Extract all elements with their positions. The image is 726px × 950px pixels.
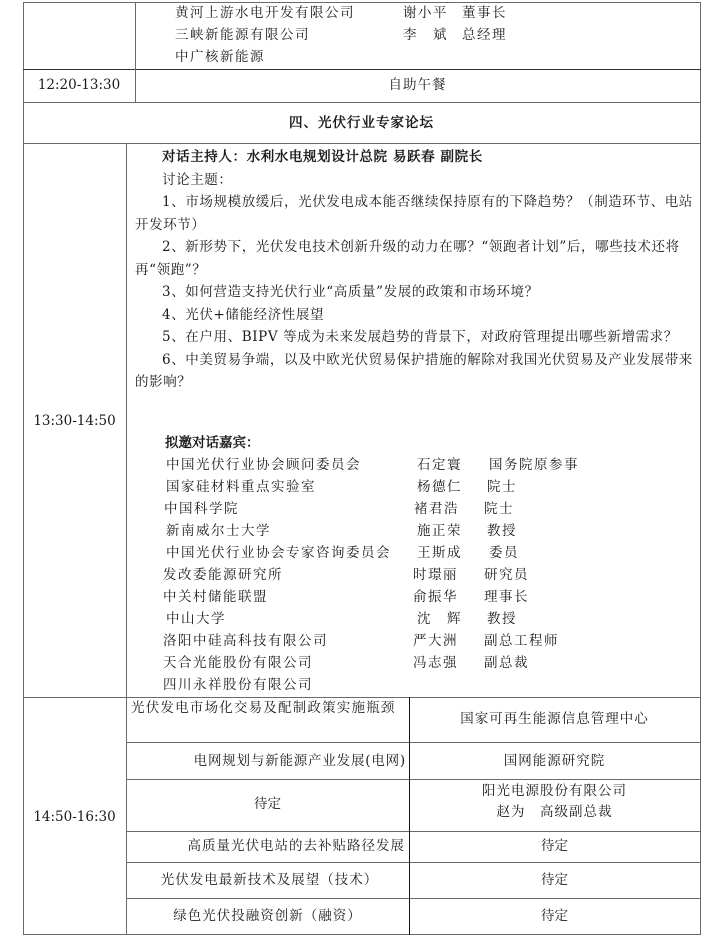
guest-org: 新南威尔士大学 [166, 520, 271, 542]
topic-item: 2、新形势下，光伏发电技术创新升级的动力在哪？“领跑者计划”后，哪些技术还将再“… [135, 236, 695, 281]
talk-speaker: 国家可再生能源信息管理中心 [409, 708, 700, 730]
guest-name: 褚君浩 [414, 498, 459, 520]
table-border-right [700, 2, 701, 935]
guests-label: 拟邀对话嘉宾： [165, 432, 260, 454]
row-divider [126, 862, 701, 863]
top-org: 黄河上游水电开发有限公司 [175, 2, 355, 24]
lunch-time: 12:20-13:30 [23, 74, 135, 96]
guest-title: 教授 [487, 520, 517, 542]
column-divider [126, 143, 127, 935]
guest-title: 理事长 [484, 586, 529, 608]
guest-title: 院士 [487, 476, 517, 498]
top-title: 总经理 [462, 24, 507, 46]
topic-item: 6、中美贸易争端，以及中欧光伏贸易保护措施的解除对我国光伏贸易及产业发展带来的影… [135, 349, 695, 394]
talk-topic: 待定 [126, 793, 409, 815]
guest-org: 中关村储能联盟 [163, 586, 268, 608]
row-divider [126, 779, 701, 780]
talk-speaker-line2: 赵为 高级副总裁 [409, 802, 700, 822]
guest-org: 洛阳中硅高科技有限公司 [163, 630, 328, 652]
guest-name: 严大洲 [413, 630, 458, 652]
talk-topic: 绿色光伏投融资创新（融资） [126, 905, 409, 927]
guest-org: 发改委能源研究所 [163, 564, 283, 586]
row-divider [23, 102, 701, 103]
guest-org: 天合光能股份有限公司 [163, 652, 313, 674]
guest-title: 院士 [484, 498, 514, 520]
talk-speaker: 待定 [409, 835, 700, 857]
talk-topic: 光伏发电市场化交易及配制政策实施瓶颈 [131, 698, 403, 719]
guest-title: 教授 [487, 608, 517, 630]
talk-speaker: 待定 [409, 905, 700, 927]
guest-name: 杨德仁 [417, 476, 462, 498]
topic-item: 5、在户用、BIPV 等成为未来发展趋势的背景下，对政府管理提出哪些新增需求？ [135, 326, 695, 349]
topic-item: 3、如何营造支持光伏行业“高质量”发展的政策和市场环境？ [135, 281, 695, 304]
guest-org: 中山大学 [166, 608, 226, 630]
guest-name: 石定寰 [417, 454, 462, 476]
guest-org: 中国光伏行业协会专家咨询委员会 [166, 542, 391, 564]
guest-title: 国务院原参事 [489, 454, 579, 476]
forum-time: 13:30-14:50 [23, 410, 126, 432]
table-border-top [23, 2, 701, 3]
talk-topic: 光伏发电最新技术及展望（技术） [126, 869, 411, 891]
guest-name: 时璟丽 [413, 564, 458, 586]
guest-org: 国家硅材料重点实验室 [166, 476, 316, 498]
guest-name: 施正荣 [417, 520, 462, 542]
table-border-bottom [23, 934, 701, 935]
row-divider [126, 742, 701, 743]
guest-title: 委员 [489, 542, 519, 564]
guest-title: 副总裁 [484, 652, 529, 674]
top-org: 中广核新能源 [175, 46, 265, 68]
row-divider [126, 898, 701, 899]
topic-item: 4、光伏+储能经济性展望 [135, 304, 695, 327]
talk-speaker: 阳光电源股份有限公司 [409, 781, 700, 801]
guest-org: 中国光伏行业协会顾问委员会 [166, 454, 361, 476]
guest-org: 四川永祥股份有限公司 [163, 674, 313, 696]
lunch-label: 自助午餐 [135, 74, 700, 96]
guest-title: 研究员 [484, 564, 529, 586]
topics-label: 讨论主题： [135, 169, 695, 192]
guest-name: 冯志强 [413, 652, 458, 674]
section-title: 四、光伏行业专家论坛 [23, 112, 700, 134]
guest-name: 俞振华 [413, 586, 458, 608]
top-name: 李 斌 [403, 24, 448, 46]
top-name: 谢小平 [403, 2, 448, 24]
talk-topic: 电网规划与新能源产业发展(电网) [126, 750, 406, 772]
forum-discussion: 对话主持人：水利水电规划设计总院 易跃春 副院长 讨论主题： 1、市场规模放缓后… [135, 146, 695, 394]
top-org: 三峡新能源有限公司 [175, 24, 310, 46]
topic-item: 1、市场规模放缓后，光伏发电成本能否继续保持原有的下降趋势？（制造环节、电站开发… [135, 191, 695, 236]
guest-name: 沈 辉 [417, 608, 462, 630]
talks-time: 14:50-16:30 [23, 806, 126, 828]
row-divider [23, 69, 701, 70]
guest-title: 副总工程师 [484, 630, 559, 652]
top-title: 董事长 [462, 2, 507, 24]
row-divider [23, 143, 701, 144]
row-divider [126, 831, 701, 832]
talk-topic: 高质量光伏电站的去补贴路径发展 [126, 835, 405, 857]
guest-org: 中国科学院 [164, 498, 239, 520]
guest-name: 王斯成 [417, 542, 462, 564]
table-border-left [23, 2, 24, 935]
forum-host: 对话主持人：水利水电规划设计总院 易跃春 副院长 [135, 146, 695, 169]
talk-speaker: 待定 [409, 869, 700, 891]
talk-speaker: 国网能源研究院 [409, 750, 700, 772]
